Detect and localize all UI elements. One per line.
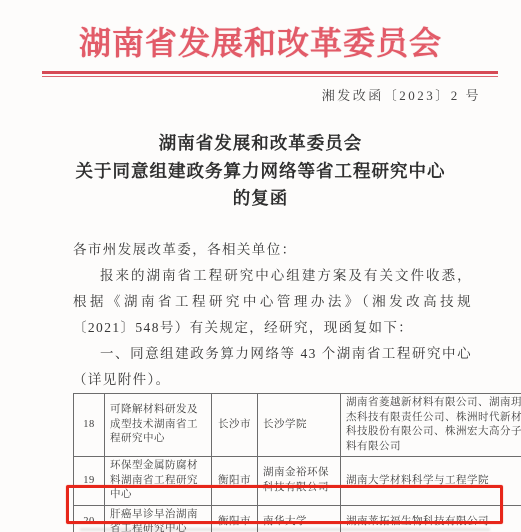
cell-partners: 湖南大学材料科学与工程学院 (341, 457, 521, 506)
body-paragraph-1: 报来的湖南省工程研究中心组建方案及有关文件收悉，根据《湖南省工程研究中心管理办法… (73, 263, 472, 341)
document-title: 湖南省发展和改革委员会 关于同意组建政务算力网络等省工程研究中心 的复函 (0, 130, 521, 213)
cell-seq: 18 (74, 394, 105, 457)
cell-city: 长沙市 (212, 394, 258, 457)
cell-seq: 19 (74, 457, 105, 506)
red-rule-thick-line (42, 71, 498, 74)
appendix-centers-table: 18 可降解材料研发及成型技术湖南省工程研究中心 长沙市 长沙学院 湖南省菱越新… (73, 393, 521, 532)
letterhead-red-rule (42, 71, 498, 77)
salutation-line: 各市州发展改革委，各相关单位： (73, 237, 472, 263)
letterhead-agency-name: 湖南省发展和改革委员会 (0, 18, 521, 64)
cell-partners: 湖南省菱越新材料有限公司、湖南玥昇杰科技有限责任公司、株洲时代新材料科技股份有限… (341, 394, 521, 457)
document-page: 湖南省发展和改革委员会 湘发改函〔2023〕2 号 湖南省发展和改革委员会 关于… (0, 0, 521, 532)
table-row: 19 环保型金属防腐材料湖南省工程研究中心 衡阳市 湖南金裕环保科技有限公司 湖… (74, 457, 521, 506)
cell-center: 可降解材料研发及成型技术湖南省工程研究中心 (105, 394, 212, 457)
cell-org: 长沙学院 (258, 394, 341, 457)
document-title-line-2: 关于同意组建政务算力网络等省工程研究中心 (0, 158, 521, 186)
body-item-1: 一、同意组建政务算力网络等 43 个湖南省工程研究中心（详见附件）。 (73, 341, 472, 393)
document-reference-number: 湘发改函〔2023〕2 号 (322, 85, 481, 104)
document-body: 各市州发展改革委，各相关单位： 报来的湖南省工程研究中心组建方案及有关文件收悉，… (73, 237, 472, 392)
cell-org: 湖南金裕环保科技有限公司 (258, 457, 341, 506)
document-title-line-3: 的复函 (0, 185, 521, 213)
cropped-next-row-hint (80, 528, 490, 531)
cell-center: 环保型金属防腐材料湖南省工程研究中心 (105, 457, 212, 506)
red-rule-thin-line (42, 76, 498, 77)
table-row: 18 可降解材料研发及成型技术湖南省工程研究中心 长沙市 长沙学院 湖南省菱越新… (74, 394, 521, 457)
document-title-line-1: 湖南省发展和改革委员会 (0, 130, 521, 158)
cell-city: 衡阳市 (212, 457, 258, 506)
